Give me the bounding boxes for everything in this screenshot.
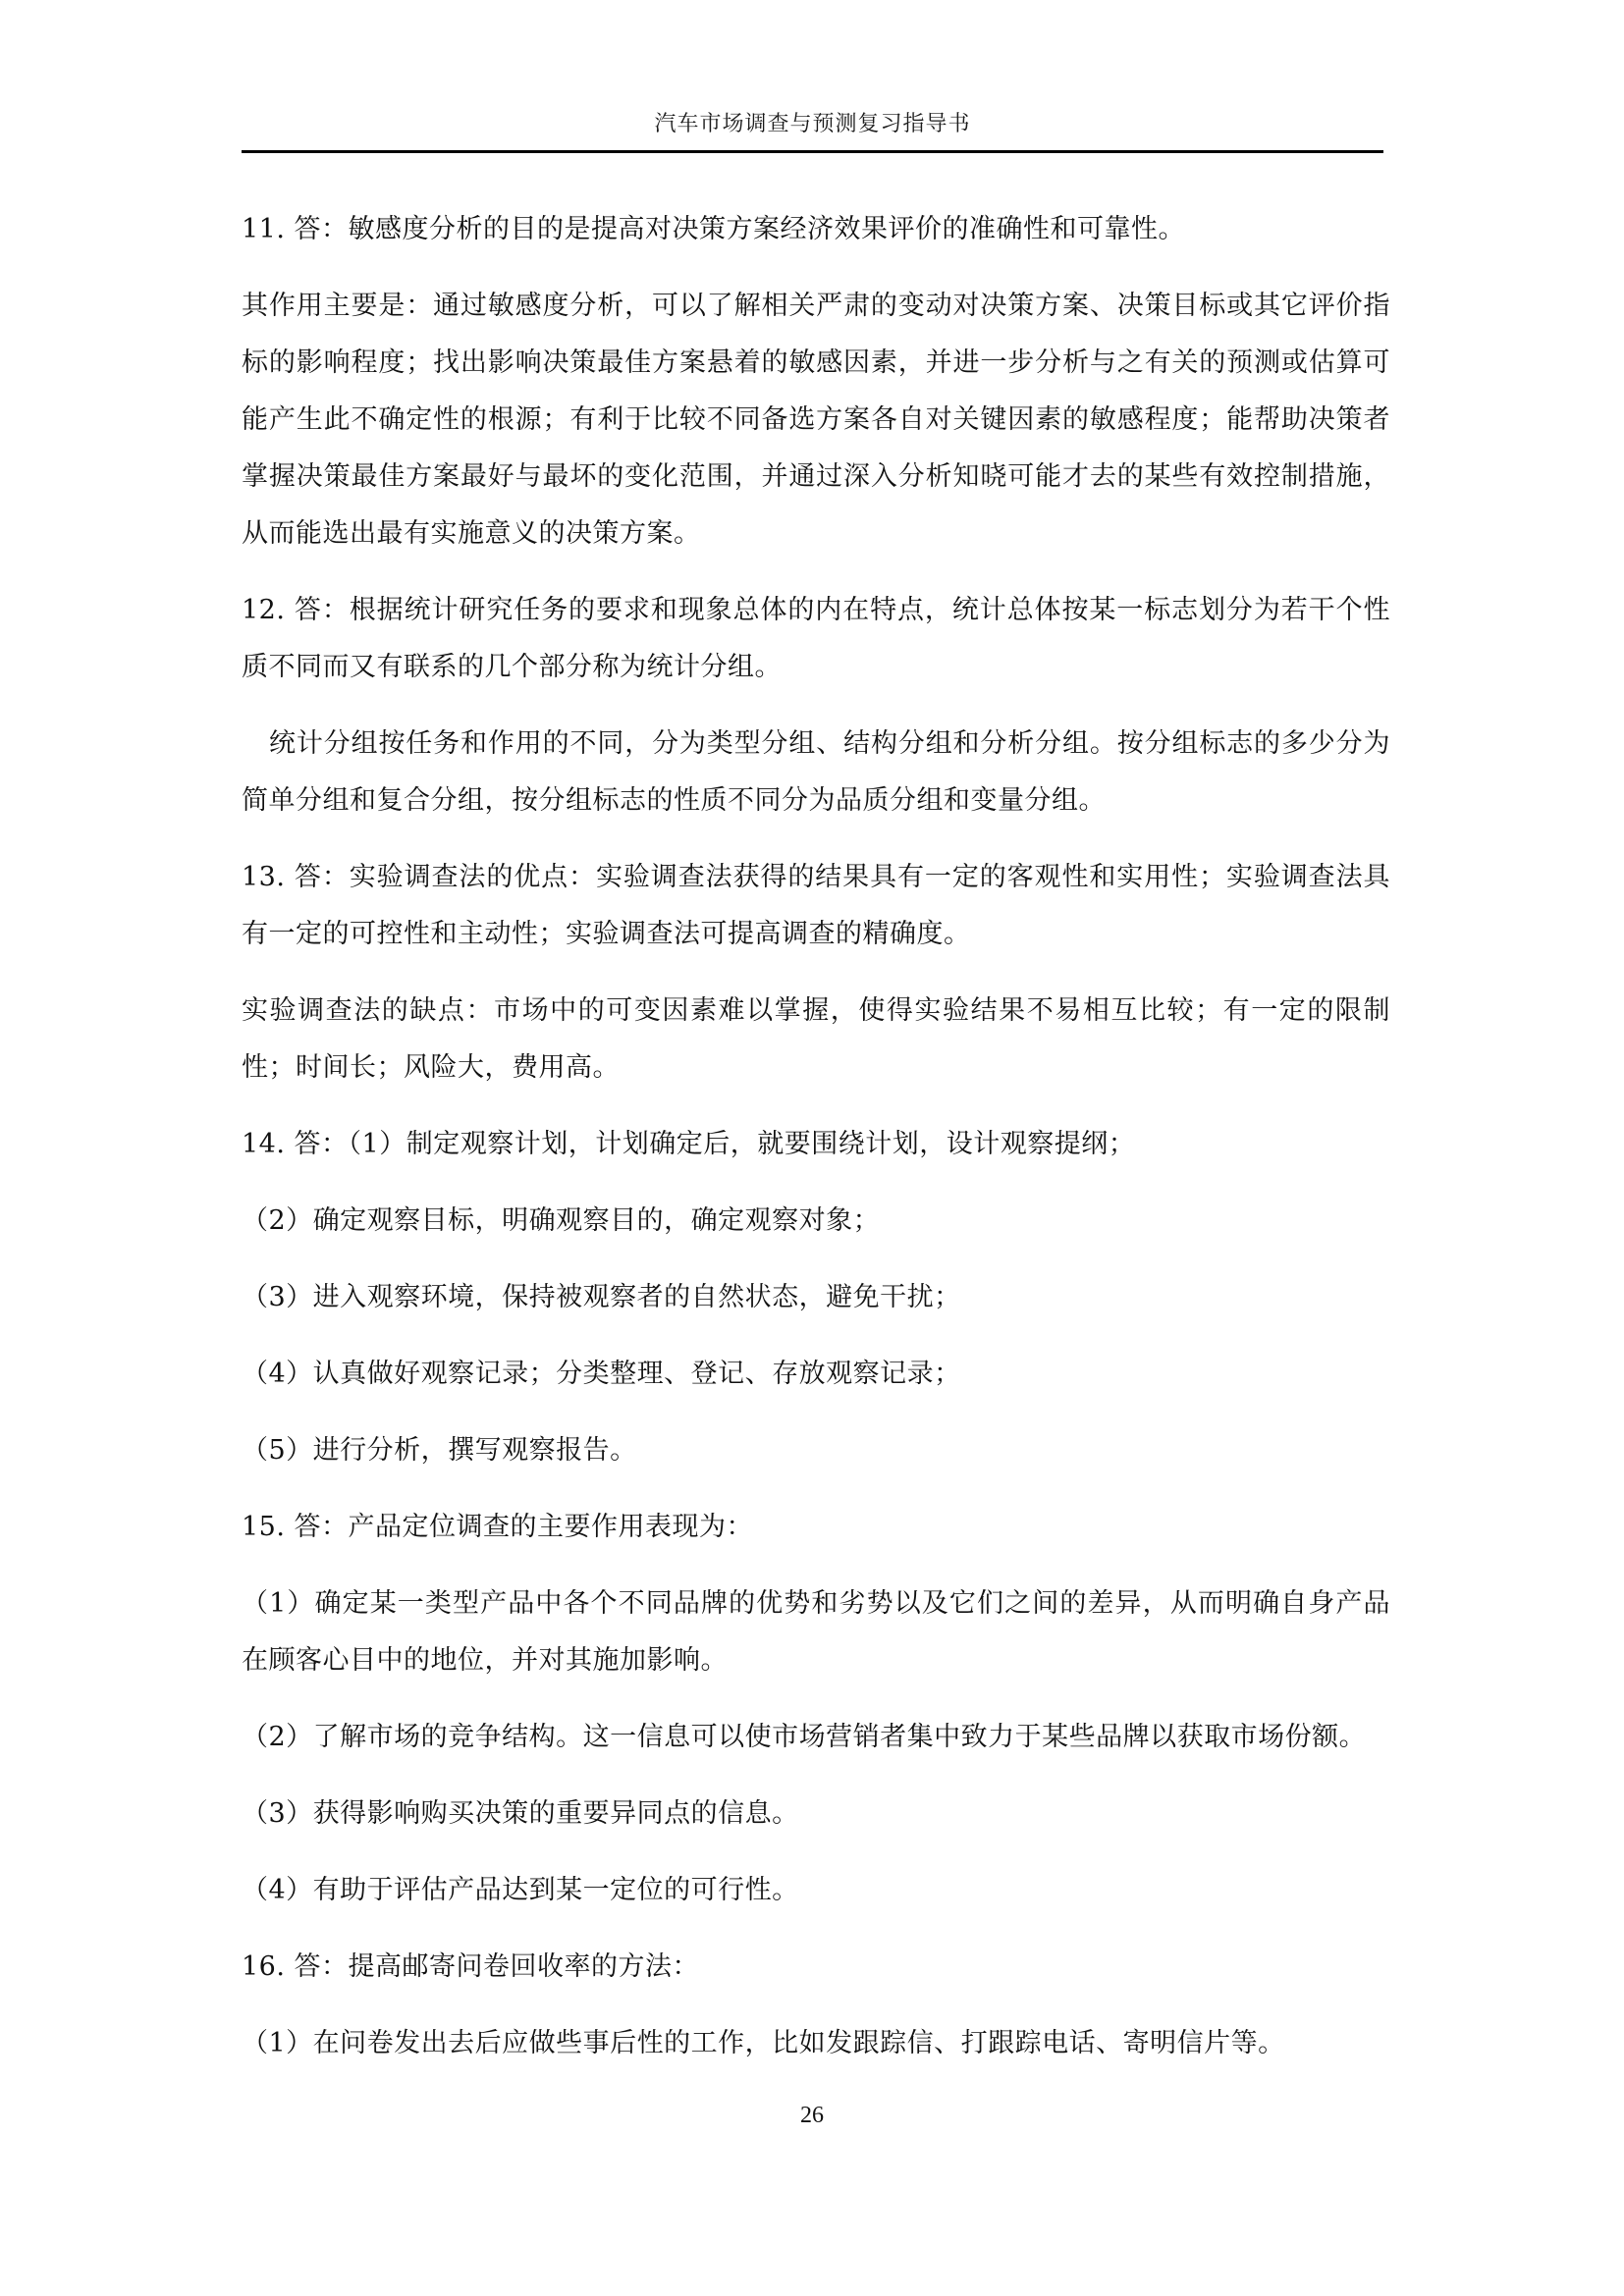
answer-14-step-2: （2）确定观察目标，明确观察目的，确定观察对象； bbox=[242, 1193, 1390, 1250]
answer-12-definition: 12. 答：根据统计研究任务的要求和现象总体的内在特点，统计总体按某一标志划分为… bbox=[242, 582, 1390, 696]
answer-15-point-3: （3）获得影响购买决策的重要异同点的信息。 bbox=[242, 1786, 1390, 1842]
answer-15-point-4: （4）有助于评估产品达到某一定位的可行性。 bbox=[242, 1862, 1390, 1919]
header-divider bbox=[242, 150, 1383, 153]
running-header-title: 汽车市场调查与预测复习指导书 bbox=[242, 110, 1383, 139]
answer-15-point-1: （1）确定某一类型产品中各个不同品牌的优势和劣势以及它们之间的差异，从而明确自身… bbox=[242, 1575, 1390, 1689]
page-body: 11. 答：敏感度分析的目的是提高对决策方案经济效果评价的准确性和可靠性。 其作… bbox=[242, 201, 1390, 2092]
answer-16-intro: 16. 答：提高邮寄问卷回收率的方法： bbox=[242, 1939, 1390, 1996]
answer-11-intro: 11. 答：敏感度分析的目的是提高对决策方案经济效果评价的准确性和可靠性。 bbox=[242, 201, 1390, 258]
answer-16-method-1: （1）在问卷发出去后应做些事后性的工作，比如发跟踪信、打跟踪电话、寄明信片等。 bbox=[242, 2015, 1390, 2072]
answer-13-disadvantages: 实验调查法的缺点：市场中的可变因素难以掌握，使得实验结果不易相互比较；有一定的限… bbox=[242, 983, 1390, 1096]
page-number: 26 bbox=[0, 2103, 1624, 2129]
answer-12-classification: 统计分组按任务和作用的不同，分为类型分组、结构分组和分析分组。按分组标志的多少分… bbox=[242, 716, 1390, 829]
answer-14-step-4: （4）认真做好观察记录；分类整理、登记、存放观察记录； bbox=[242, 1346, 1390, 1403]
answer-11-functions: 其作用主要是：通过敏感度分析，可以了解相关严肃的变动对决策方案、决策目标或其它评… bbox=[242, 278, 1390, 562]
answer-14-step-1: 14. 答：（1）制定观察计划，计划确定后，就要围绕计划，设计观察提纲； bbox=[242, 1116, 1390, 1173]
answer-15-intro: 15. 答：产品定位调查的主要作用表现为： bbox=[242, 1499, 1390, 1556]
answer-13-advantages: 13. 答：实验调查法的优点：实验调查法获得的结果具有一定的客观性和实用性；实验… bbox=[242, 849, 1390, 963]
answer-14-step-3: （3）进入观察环境，保持被观察者的自然状态，避免干扰； bbox=[242, 1269, 1390, 1326]
answer-15-point-2: （2）了解市场的竞争结构。这一信息可以使市场营销者集中致力于某些品牌以获取市场份… bbox=[242, 1709, 1390, 1766]
answer-14-step-5: （5）进行分析，撰写观察报告。 bbox=[242, 1422, 1390, 1479]
